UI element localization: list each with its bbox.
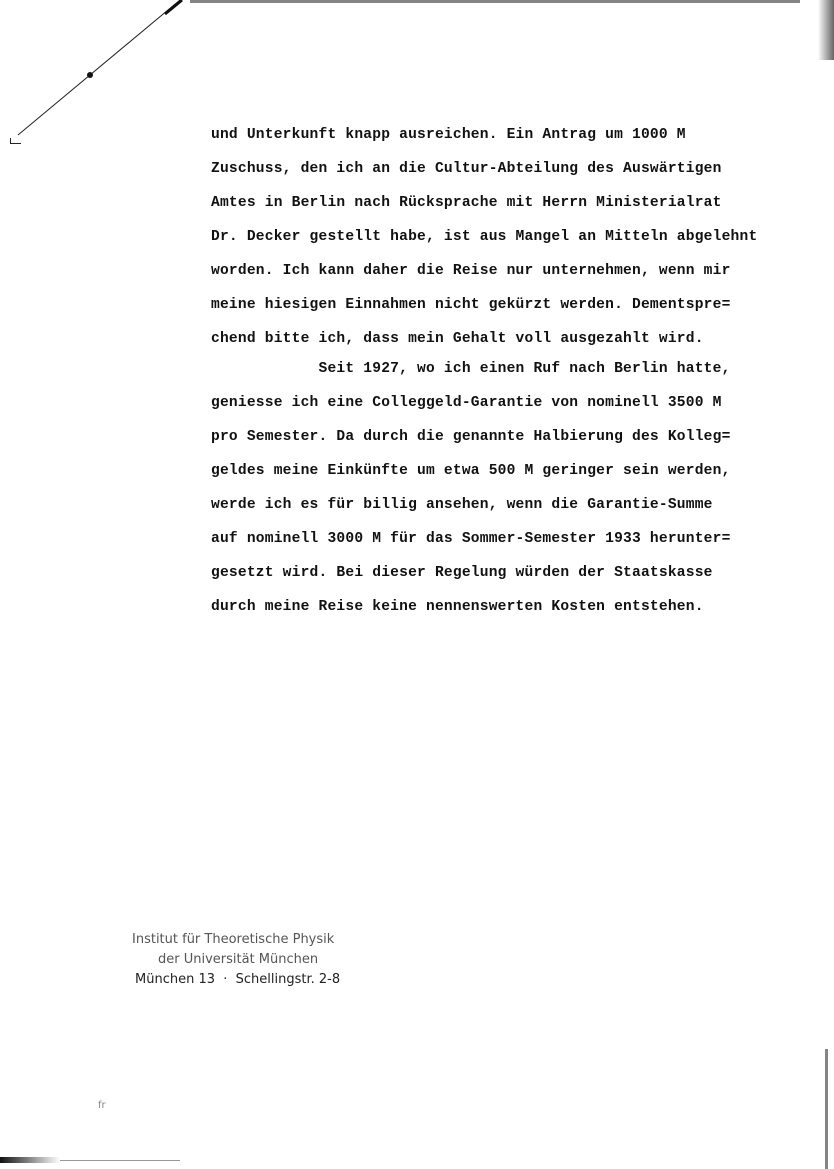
letter-line: pro Semester. Da durch die genannte Halb… (211, 430, 731, 445)
diagonal-fold-line (0, 0, 200, 150)
letter-line: und Unterkunft knapp ausreichen. Ein Ant… (211, 128, 686, 143)
letter-line: durch meine Reise keine nennenswerten Ko… (211, 600, 704, 615)
stamp-line-institute: Institut für Theoretische Physik (132, 932, 334, 947)
letter-line: Amtes in Berlin nach Rücksprache mit Her… (211, 196, 722, 211)
letter-line: geniesse ich eine Colleggeld-Garantie vo… (211, 396, 722, 411)
scan-edge-top (190, 0, 800, 3)
scan-edge-bottom (60, 1160, 180, 1161)
letter-line: gesetzt wird. Bei dieser Regelung würden… (211, 566, 713, 581)
scan-corner-shadow (818, 0, 834, 60)
letter-line: geldes meine Einkünfte um etwa 500 M ger… (211, 464, 731, 479)
stamp-line-university: der Universität München (158, 952, 318, 967)
margin-note: fr (98, 1100, 106, 1111)
letter-line: meine hiesigen Einnahmen nicht gekürzt w… (211, 298, 731, 313)
letter-line: auf nominell 3000 M für das Sommer-Semes… (211, 532, 731, 547)
stamp-line-address: München 13 · Schellingstr. 2-8 (135, 972, 340, 987)
letter-line: Zuschuss, den ich an die Cultur-Abteilun… (211, 162, 722, 177)
scanned-letter-page: und Unterkunft knapp ausreichen. Ein Ant… (0, 0, 834, 1169)
letter-line: werde ich es für billig ansehen, wenn di… (211, 498, 713, 513)
letter-line: Dr. Decker gestellt habe, ist aus Mangel… (211, 230, 757, 245)
letter-line: chend bitte ich, dass mein Gehalt voll a… (211, 332, 704, 347)
scan-corner-shadow-bottom (0, 1157, 60, 1163)
scan-edge-right (825, 1049, 828, 1169)
letter-line: Seit 1927, wo ich einen Ruf nach Berlin … (211, 362, 731, 377)
letter-line: worden. Ich kann daher die Reise nur unt… (211, 264, 731, 279)
